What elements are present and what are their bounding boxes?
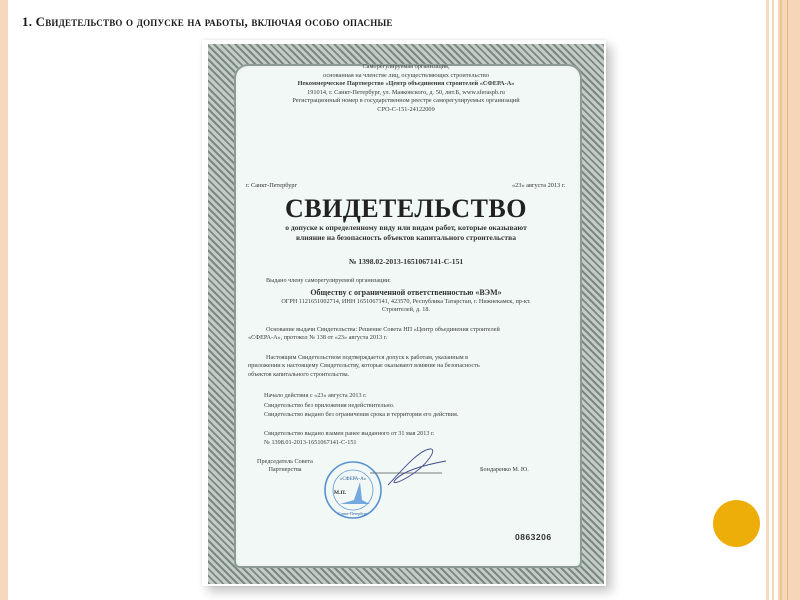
issuer-address: 191014, г. Санкт-Петербург, ул. Маяковск… [208,89,604,98]
validity-notes: Начало действия с «23» августа 2013 г. С… [264,391,458,420]
holder-details: ОГРН 1121651002714, ИНН 1651067141, 4235… [246,298,566,315]
issuer-header: Саморегулируемая организация, основанная… [208,63,604,115]
issue-basis: Основание выдачи Свидетельства: Решение … [248,326,568,343]
signer-role: Председатель Совета Партнерства [250,458,320,475]
stamp-org: «СФЕРА-А» [340,477,367,482]
issuer-name: Некоммерческое Партнерство «Центр объеди… [208,80,604,89]
issue-city: г. Санкт-Петербург [246,182,297,189]
serial-number: 0863206 [515,532,552,542]
confirmation-text: Настоящим Свидетельством подтверждается … [248,354,568,379]
certificate-text: Саморегулируемая организация, основанная… [0,0,800,600]
valid-from: Начало действия с «23» августа 2013 г. [264,391,458,401]
certificate-title: СВИДЕТЕЛЬСТВО [208,194,604,224]
holder-details-line: Строителей, д. 18. [246,306,566,314]
replaces-line: Свидетельство выдано взамен ранее выданн… [264,429,434,438]
confirm-line: приложении к настоящему Свидетельству, к… [248,362,568,370]
issue-date: «23» августа 2013 г. [512,182,565,189]
print-footer: ········································… [372,578,414,581]
signer-role-line: Председатель Совета [250,458,320,466]
header-line: Саморегулируемая организация, [208,63,604,72]
confirm-line: Настоящим Свидетельством подтверждается … [248,354,568,362]
issued-to-label: Выдано члену саморегулируемой организаци… [266,277,391,285]
signer-name: Бондаренко М. Ю. [480,466,529,474]
subtitle-line: о допуске к определенному виду или видам… [208,223,604,233]
certificate-subtitle: о допуске к определенному виду или видам… [208,223,604,243]
holder-name: Обществу с ограниченной ответственностью… [208,288,604,297]
basis-line: «СФЕРА-А», протокол № 138 от «23» август… [248,334,568,342]
appendix-note: Свидетельство без приложения недействите… [264,401,458,411]
basis-line: Основание выдачи Свидетельства: Решение … [248,326,568,334]
confirm-line: объектов капитального строительства. [248,371,568,379]
certificate-number: № 1398.02-2013-1651067141-С-151 [208,257,604,266]
stamp-city: Санкт-Петербург [338,511,368,516]
holder-details-line: ОГРН 1121651002714, ИНН 1651067141, 4235… [246,298,566,306]
subtitle-line: влияние на безопасность объектов капитал… [208,233,604,243]
signer-role-line: Партнерства [250,466,320,474]
stamp-mp: М.П. [334,490,347,496]
header-line: основанная на членстве лиц, осуществляющ… [208,72,604,81]
registry-label: Регистрационный номер в государственном … [208,97,604,106]
no-limit-note: Свидетельство выдано без ограничения сро… [264,410,458,420]
seal-stamp-icon: «СФЕРА-А» М.П. Санкт-Петербург [320,460,386,520]
registry-number: СРО-С-151-24122009 [208,106,604,115]
